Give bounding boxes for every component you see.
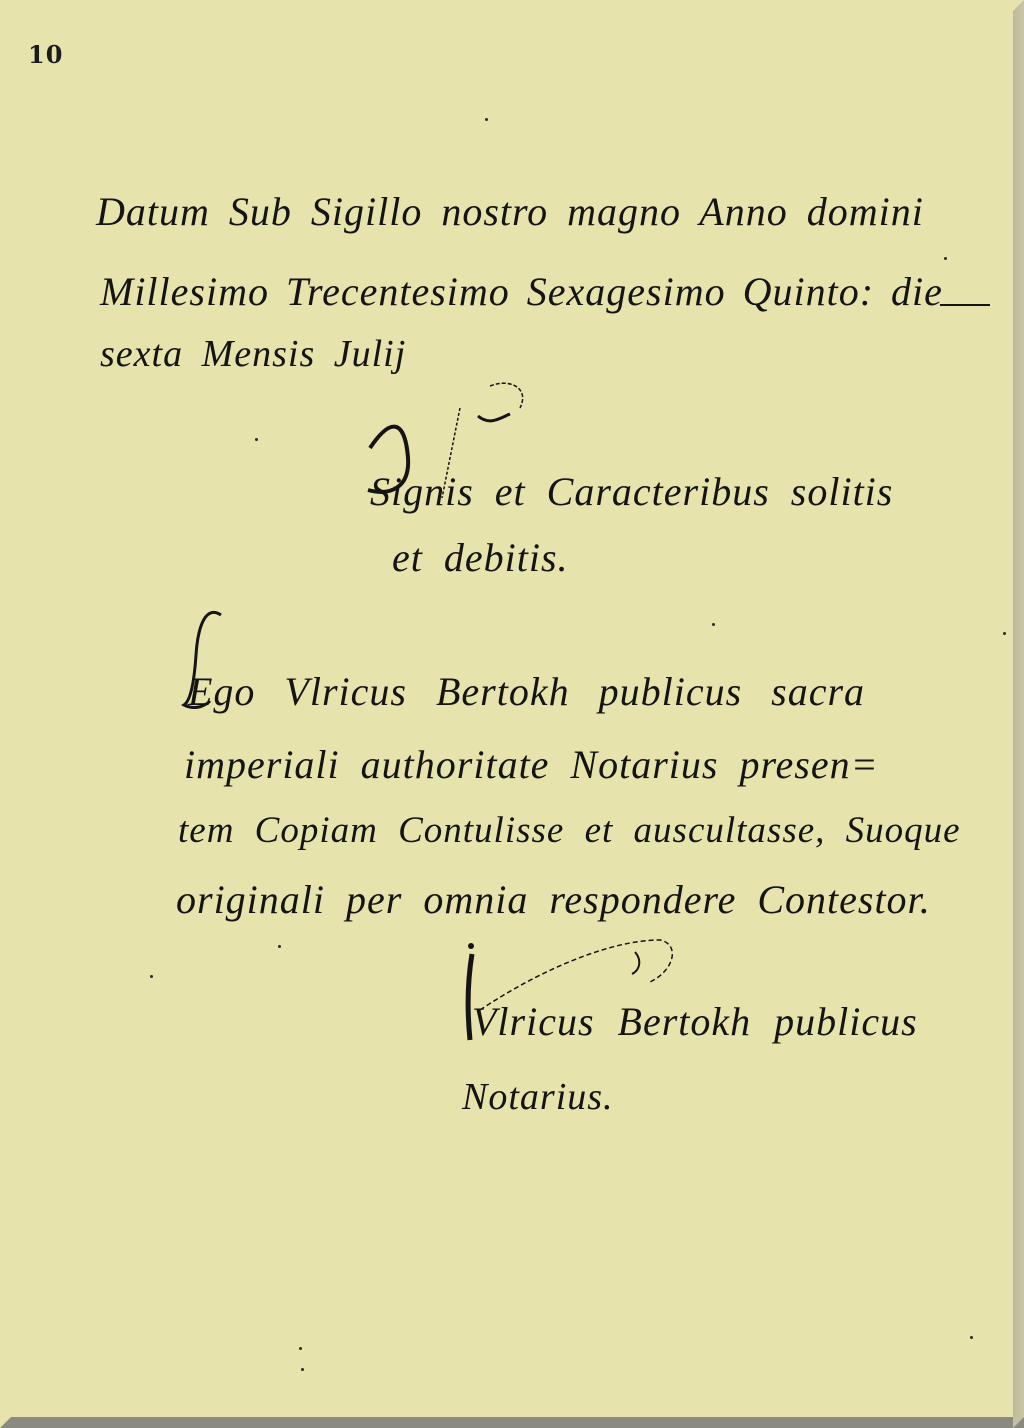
dating-line-1: Datum Sub Sigillo nostro magno Anno domi… [96, 192, 924, 232]
line-filler-stroke [940, 304, 990, 306]
ink-speck [1003, 632, 1006, 635]
dating-line-2: Millesimo Trecentesimo Sexagesimo Quinto… [100, 272, 943, 312]
signature-line-2: Notarius. [462, 1078, 614, 1116]
attestation-line-1: Ego Vlricus Bertokh publicus sacra [188, 672, 865, 712]
ink-speck [255, 438, 258, 441]
ink-speck [299, 1347, 302, 1350]
attestation-line-4: originali per omnia respondere Contestor… [176, 880, 931, 920]
ink-speck [712, 623, 715, 626]
page-edge-bottom [0, 1417, 1024, 1428]
signs-line-2: et debitis. [392, 538, 569, 578]
ink-speck [970, 1336, 973, 1339]
attestation-line-3: tem Copiam Contulisse et auscultasse, Su… [178, 812, 961, 849]
signs-line-1: Signis et Caracteribus solitis [370, 472, 893, 512]
ink-speck [150, 975, 153, 978]
signature-line-1: Vlricus Bertokh publicus [472, 1002, 918, 1042]
attestation-line-2: imperiali authoritate Notarius presen= [184, 745, 879, 785]
ink-speck [485, 118, 488, 121]
page-edge-right [1013, 0, 1024, 1428]
dating-line-3: sexta Mensis Julij [100, 335, 406, 373]
manuscript-page: 10 Datum Sub Sigillo nostro magno Anno d… [0, 0, 1013, 1417]
page-number: 10 [28, 40, 63, 69]
ink-speck [301, 1368, 304, 1371]
ink-speck [944, 257, 947, 260]
ink-speck [278, 945, 281, 948]
